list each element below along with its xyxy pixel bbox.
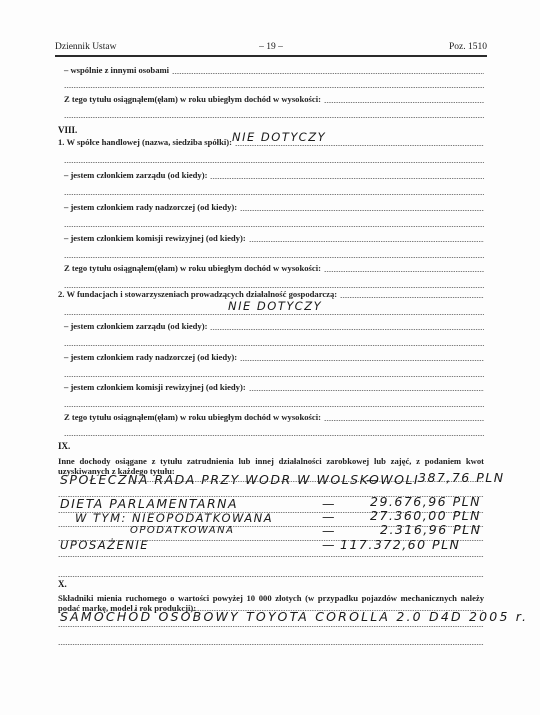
handwritten-not-applicable-1: NIE DOTYCZY xyxy=(232,130,326,144)
fill-line xyxy=(210,329,484,330)
company-income-field[interactable]: Z tego tytułu osiągnąłem(ęłam) w roku ub… xyxy=(64,263,484,274)
fill-line xyxy=(58,644,484,645)
company-audit-field-continued[interactable] xyxy=(64,249,484,260)
section-x-title: X. xyxy=(58,579,67,589)
foundation-income-label: Z tego tytułu osiągnąłem(ęłam) w roku ub… xyxy=(64,412,324,423)
top-income-label: Z tego tytułu osiągnąłem(ęłam) w roku ub… xyxy=(64,94,324,105)
income-entry-label: DIETA PARLAMENTARNA xyxy=(60,496,238,511)
company-audit-label: – jestem członkiem komisji rewizyjnej (o… xyxy=(64,233,249,244)
fill-line xyxy=(58,626,484,627)
income-entry-label: UPOSAŻENIE xyxy=(60,538,149,552)
fill-line xyxy=(249,241,484,242)
company-board-label: – jestem członkiem zarządu (od kiedy): xyxy=(64,170,210,181)
foundation-audit-label: – jestem członkiem komisji rewizyjnej (o… xyxy=(64,382,249,393)
income-entry-amount: 2.316,96 PLN xyxy=(380,522,482,537)
foundation-income-field[interactable]: Z tego tytułu osiągnąłem(ęłam) w roku ub… xyxy=(64,412,484,423)
income-entry-amount: 27.360,00 PLN xyxy=(370,508,481,523)
fill-line xyxy=(249,390,484,391)
company-supervisory-field-continued[interactable] xyxy=(64,218,484,229)
income-entry-amount: 29.676,96 PLN xyxy=(370,494,481,509)
jointly-label: – wspólnie z innymi osobami xyxy=(64,65,172,76)
commercial-company-field-continued[interactable] xyxy=(64,154,484,165)
company-supervisory-label: – jestem członkiem rady nadzorczej (od k… xyxy=(64,202,240,213)
declaration-page: Dziennik Ustaw – 19 – Poz. 1510 – wspóln… xyxy=(0,0,540,715)
section-ix-title: IX. xyxy=(58,441,70,451)
handwritten-vehicle: SAMOCHÓD OSOBOWY TOYOTA COROLLA 2.0 D4D … xyxy=(60,609,528,624)
fill-line xyxy=(64,314,484,315)
income-entry-amount: 117.372,60 PLN xyxy=(340,537,460,552)
top-income-field-continued[interactable] xyxy=(64,109,484,120)
income-entry-dash: — xyxy=(322,509,336,524)
foundation-board-field[interactable]: – jestem członkiem zarządu (od kiedy): xyxy=(64,321,484,332)
fill-line xyxy=(240,360,484,361)
top-income-field[interactable]: Z tego tytułu osiągnąłem(ęłam) w roku ub… xyxy=(64,94,484,105)
company-board-field-continued[interactable] xyxy=(64,186,484,197)
fill-line xyxy=(64,287,484,288)
fill-line xyxy=(58,556,484,557)
page-header: Dziennik Ustaw – 19 – Poz. 1510 xyxy=(55,42,487,56)
fill-line xyxy=(64,257,484,258)
income-entry-amount: 387,76 PLN xyxy=(418,470,505,485)
fill-line xyxy=(64,162,484,163)
fill-line xyxy=(324,420,484,421)
foundation-supervisory-field[interactable]: – jestem członkiem rady nadzorczej (od k… xyxy=(64,352,484,363)
foundations-field-continued[interactable] xyxy=(64,306,484,317)
header-rule xyxy=(55,55,487,57)
fill-line xyxy=(235,145,484,146)
section-viii-title: VIII. xyxy=(58,125,77,135)
foundation-income-field-continued[interactable] xyxy=(64,427,484,438)
foundation-supervisory-field-continued[interactable] xyxy=(64,368,484,379)
company-supervisory-field[interactable]: – jestem członkiem rady nadzorczej (od k… xyxy=(64,202,484,213)
foundation-board-field-continued[interactable] xyxy=(64,337,484,348)
fill-line xyxy=(64,226,484,227)
income-entry-dash: — xyxy=(322,523,336,538)
income-entry-label: W TYM: NIEOPODATKOWANA xyxy=(75,511,273,525)
company-income-label: Z tego tytułu osiągnąłem(ęłam) w roku ub… xyxy=(64,263,324,274)
fill-line xyxy=(64,435,484,436)
other-income-line-6[interactable] xyxy=(58,568,484,579)
fill-line xyxy=(324,102,484,103)
position-number: Poz. 1510 xyxy=(449,42,487,52)
fill-line xyxy=(64,345,484,346)
income-entry-dash: — xyxy=(322,537,336,552)
fill-line xyxy=(64,376,484,377)
fill-line xyxy=(64,406,484,407)
fill-line xyxy=(340,297,484,298)
company-board-field[interactable]: – jestem członkiem zarządu (od kiedy): xyxy=(64,170,484,181)
fill-line xyxy=(172,73,484,74)
fill-line xyxy=(58,576,484,577)
foundation-board-label: – jestem członkiem zarządu (od kiedy): xyxy=(64,321,210,332)
fill-line xyxy=(210,178,484,179)
jointly-field[interactable]: – wspólnie z innymi osobami xyxy=(64,65,484,76)
company-audit-field[interactable]: – jestem członkiem komisji rewizyjnej (o… xyxy=(64,233,484,244)
page-number: – 19 – xyxy=(55,42,487,52)
movable-property-line-2[interactable] xyxy=(58,636,484,647)
fill-line xyxy=(324,271,484,272)
fill-line xyxy=(64,87,484,88)
fill-line xyxy=(64,117,484,118)
income-entry-label: OPODATKOWANA xyxy=(130,525,234,536)
jointly-field-continued[interactable] xyxy=(64,79,484,90)
foundation-supervisory-label: – jestem członkiem rady nadzorczej (od k… xyxy=(64,352,240,363)
fill-line xyxy=(64,194,484,195)
fill-line xyxy=(240,210,484,211)
income-entry-dash: — xyxy=(366,472,380,487)
commercial-company-label: 1. W spółce handlowej (nazwa, siedziba s… xyxy=(58,137,235,148)
foundation-audit-field-continued[interactable] xyxy=(64,398,484,409)
foundation-audit-field[interactable]: – jestem członkiem komisji rewizyjnej (o… xyxy=(64,382,484,393)
